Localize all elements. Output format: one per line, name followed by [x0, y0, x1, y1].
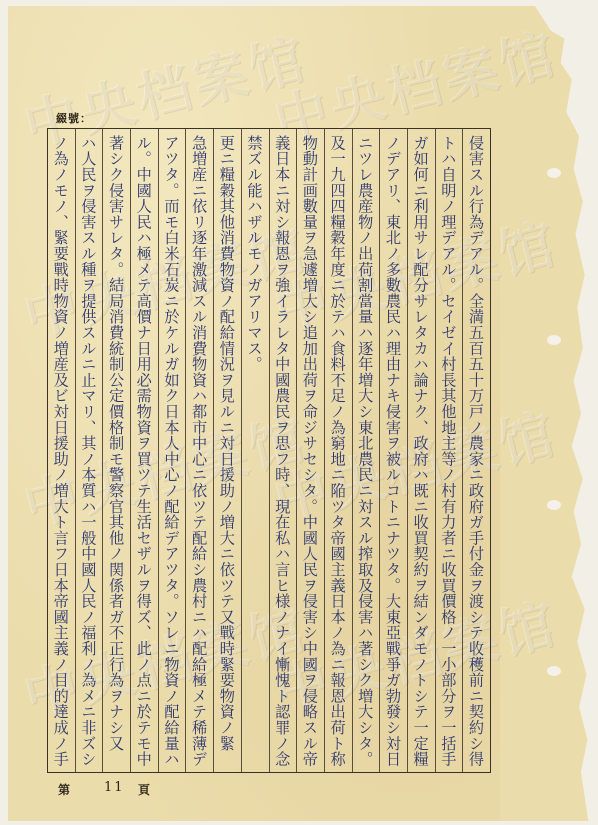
page-number: 11 [104, 780, 125, 795]
text-column: ガ如何ニ利用サレ配分サレタカハ論ナク、政府ハ既ニ收買契約ヲ結ンダモノトシテ一定糧… [407, 129, 435, 772]
text-column: 著シク侵害サレタ。結局消費統制公定價格制モ警察官其他ノ関係者ガ不正行為ヲナシ又 [102, 129, 130, 772]
torn-edge [500, 6, 592, 821]
text-column: 禁ズル能ハザルモノガアリマス。 [241, 129, 269, 772]
text-column: アツタ。而モ白米石炭ニ於ケルガ如ク日本人中心ノ配給デアツタ。ソレニ物資ノ配給量ハ… [158, 129, 186, 772]
text-column: ノ為ノモノ、緊要戰時物資ノ増産及ビ対日援助ノ増大ト言フ日本帝國主義ノ目的達成ノ手 [48, 129, 75, 772]
punch-hole [547, 168, 561, 178]
punch-hole [547, 500, 561, 510]
file-number-label: 綴號： [56, 110, 92, 126]
text-column: ハ人民ヲ侵害スル種ヲ提供スルニ止マリ、其ノ本質ハ一般中國人民ノ福利ノ為メニ非ズシ… [75, 129, 103, 772]
text-column: 侵害スル行為デアル。全満五百五十万戸ノ農家ニ政府ガ手付金ヲ渡シテ收穫前ニ契約シ得… [462, 129, 490, 772]
text-column: 義日本ニ対シ報恩ヲ強イラレタ中國農民ヲ思フ時、現在私ハ言ヒ様ノナイ慚愧ト認罪ノ念… [269, 129, 297, 772]
punch-hole [547, 335, 561, 345]
punch-hole [547, 666, 561, 676]
text-column: トハ自明ノ理デアル。セイゼイ村長其他地主等ノ村有力者ニ收買價格ノ一小部分ヲ一括手… [435, 129, 463, 772]
text-column: ル。中國人民ハ極メテ高價ナ日用必需物資ヲ買ツテ生活セザルヲ得ズ、此ノ点ニ於テモ中… [130, 129, 158, 772]
text-column: 急増産ニ依リ逐年激減スル消費物資ハ都市中心ニ依ツテ配給シ農村ニハ配給極メテ稀薄デ [185, 129, 213, 772]
page-footer: 第 11 頁 [58, 781, 70, 798]
text-column: 物動計画數量ヲ急遽増大シ追加出荷ヲ命ジサセシタ。中國人民ヲ侵害シ中國ヲ侵略スル帝… [296, 129, 324, 772]
text-column: ニツレ農産物ノ出荷割當量ハ逐年増大シ東北農民ニ対スル搾取及侵害ハ著シク増大シタ。… [352, 129, 380, 772]
text-column: 更ニ糧穀其他消費物資ノ配給情況ヲ見ルニ対日援助ノ増大ニ依ツテ又戰時緊要物資ノ緊 [213, 129, 241, 772]
page-suffix: 頁 [138, 781, 150, 798]
page-prefix: 第 [58, 783, 70, 797]
text-column: ノデアリ、東北ノ多數農民ハ理由ナキ侵害ヲ被ルコトニナツタ。大東亞戰爭ガ勃發シ対日… [379, 129, 407, 772]
manuscript-grid: 侵害スル行為デアル。全満五百五十万戸ノ農家ニ政府ガ手付金ヲ渡シテ收穫前ニ契約シ得… [47, 128, 491, 773]
text-column: 及一九四四糧穀年度ニ於テハ食料不足ノ為窮地ニ陥ツタ帝國主義日本ノ為ニ報恩出荷ト称… [324, 129, 352, 772]
